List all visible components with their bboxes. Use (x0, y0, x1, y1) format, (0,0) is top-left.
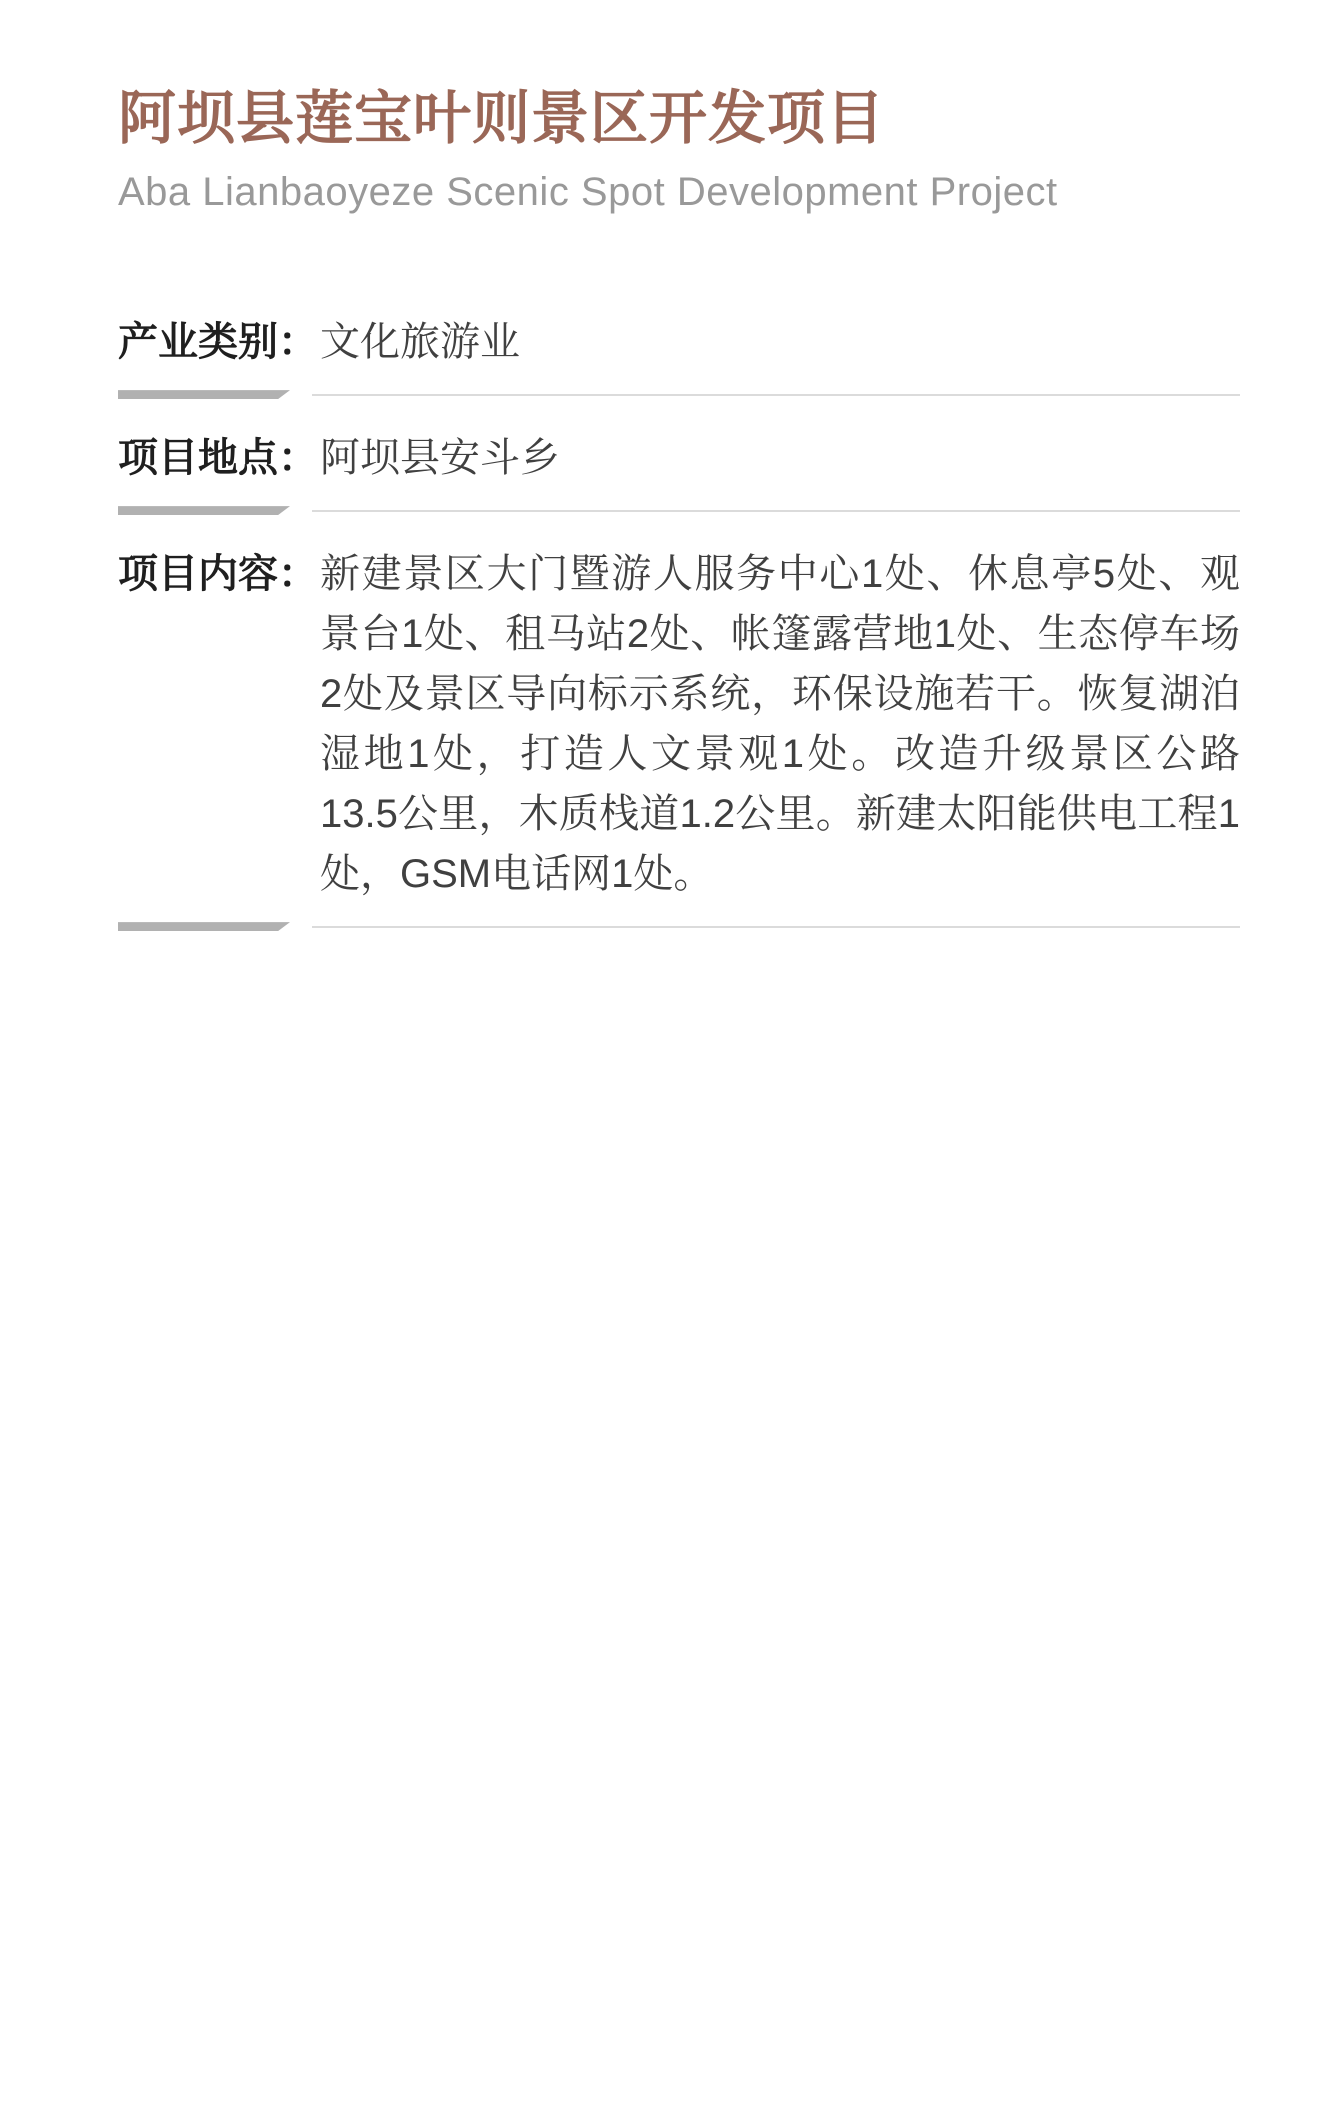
divider-thick-bar (118, 506, 290, 515)
field-value-project-location: 阿坝县安斗乡 (320, 428, 1240, 488)
field-row-industry-category: 产业类别： 文化旅游业 (118, 312, 1240, 400)
field-main: 项目地点： 阿坝县安斗乡 (118, 428, 1240, 488)
document-page: 阿坝县莲宝叶则景区开发项目 Aba Lianbaoyeze Scenic Spo… (0, 0, 1334, 2102)
divider-thin-rule (312, 926, 1240, 928)
field-label-industry-category: 产业类别： (118, 312, 320, 372)
field-main: 产业类别： 文化旅游业 (118, 312, 1240, 372)
page-subtitle-english: Aba Lianbaoyeze Scenic Spot Development … (118, 168, 1240, 216)
divider-thick-bar (118, 390, 290, 399)
divider-thick-bar (118, 922, 290, 931)
field-main: 项目内容： 新建景区大门暨游人服务中心1处、休息亭5处、观景台1处、租马站2处、… (118, 544, 1240, 904)
field-divider (118, 506, 1240, 516)
field-label-project-location: 项目地点： (118, 428, 320, 488)
field-divider (118, 922, 1240, 932)
divider-thin-rule (312, 394, 1240, 396)
field-list: 产业类别： 文化旅游业 项目地点： 阿坝县安斗乡 项目内容： 新建景区大门暨游人… (118, 312, 1240, 932)
field-value-project-content: 新建景区大门暨游人服务中心1处、休息亭5处、观景台1处、租马站2处、帐篷露营地1… (320, 544, 1240, 904)
field-row-project-location: 项目地点： 阿坝县安斗乡 (118, 428, 1240, 516)
divider-thin-rule (312, 510, 1240, 512)
field-divider (118, 390, 1240, 400)
field-value-industry-category: 文化旅游业 (320, 312, 1240, 372)
field-row-project-content: 项目内容： 新建景区大门暨游人服务中心1处、休息亭5处、观景台1处、租马站2处、… (118, 544, 1240, 932)
page-title: 阿坝县莲宝叶则景区开发项目 (118, 84, 1240, 154)
field-label-project-content: 项目内容： (118, 544, 320, 604)
